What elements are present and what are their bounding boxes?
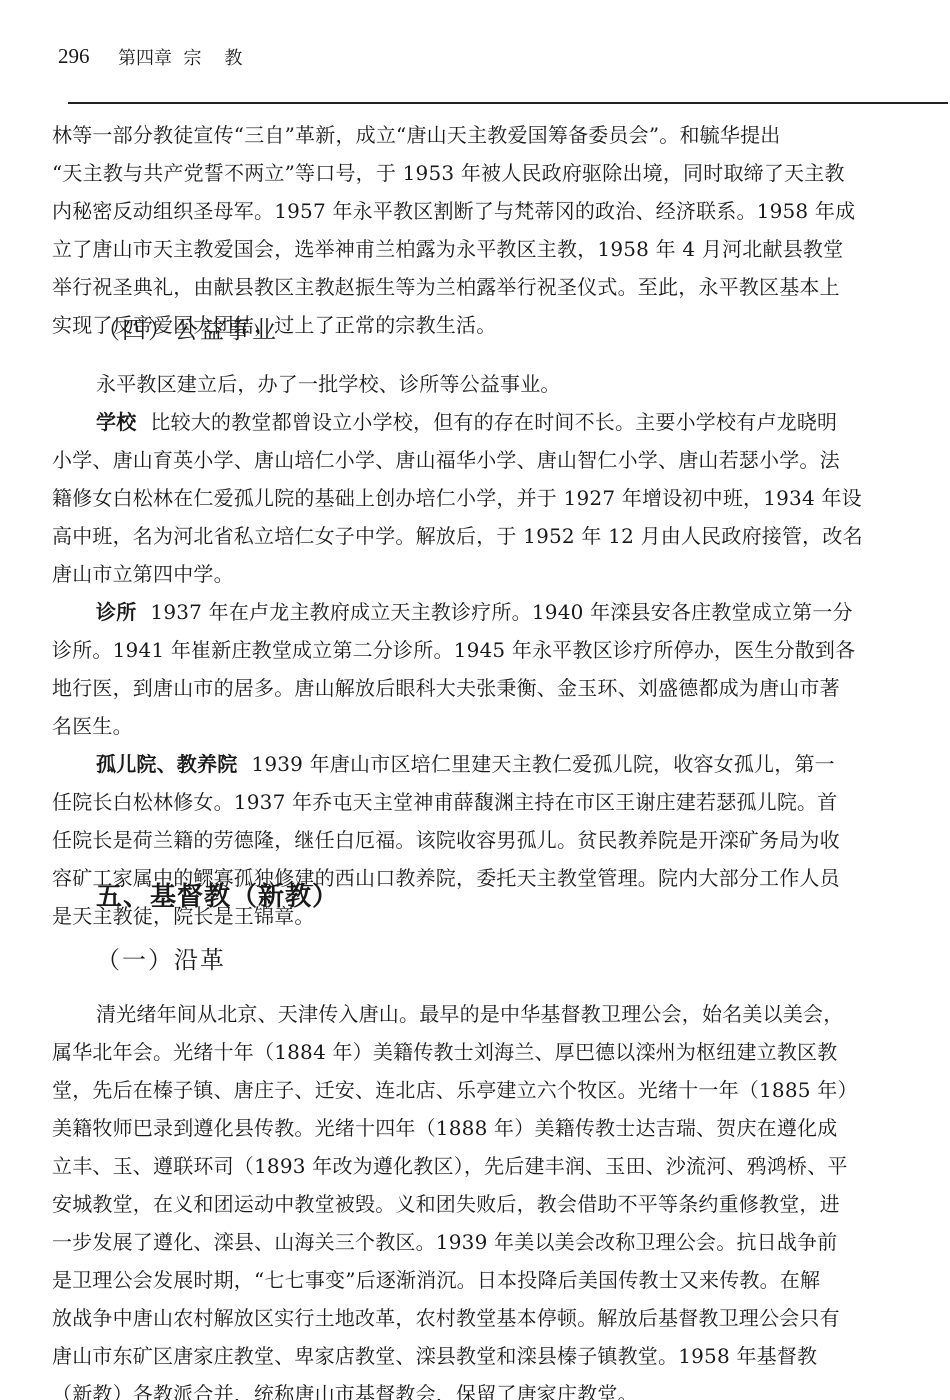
- text-run: 1939 年唐山市区培仁里建天主教仁爱孤儿院，收容女孤儿，第一: [251, 752, 834, 776]
- text-line: 籍修女白松林在仁爱孤儿院的基础上创办培仁小学，并于 1927 年增设初中班，19…: [52, 484, 862, 512]
- text-line: 是卫理公会发展时期，“七七事变”后逐渐消沉。日本投降后美国传教士又来传教。在解: [52, 1266, 820, 1294]
- text-line: 小学、唐山育英小学、唐山培仁小学、唐山福华小学、唐山智仁小学、唐山若瑟小学。法: [52, 446, 840, 474]
- text-line: 清光绪年间从北京、天津传入唐山。最早的是中华基督教卫理公会，始名美以美会，: [96, 1000, 843, 1028]
- page-number: 296: [58, 44, 90, 69]
- text-line: 诊所。1941 年崔新庄教堂成立第二分诊所。1945 年永平教区诊疗所停办，医生…: [52, 636, 855, 664]
- text-line: 属华北年会。光绪十年（1884 年）美籍传教士刘海兰、厚巴德以滦州为枢纽建立教区…: [52, 1038, 837, 1066]
- text-line: 唐山市东矿区唐家庄教堂、卑家店教堂、滦县教堂和滦县榛子镇教堂。1958 年基督教: [52, 1342, 817, 1370]
- text-run: 比较大的教堂都曾设立小学校，但有的存在时间不长。主要小学校有卢龙晓明: [150, 410, 837, 434]
- clinics-paragraph-first-line: 诊所1937 年在卢龙主教府成立天主教诊疗所。1940 年滦县安各庄教堂成立第一…: [96, 598, 853, 626]
- running-header: 296 第四章 宗 教: [40, 30, 910, 80]
- chapter-title: 第四章 宗 教: [118, 44, 242, 70]
- text-run: 1937 年在卢龙主教府成立天主教诊疗所。1940 年滦县安各庄教堂成立第一分: [150, 600, 852, 624]
- text-line: 地行医，到唐山市的居多。唐山解放后眼科大夫张秉衡、金玉环、刘盛德都成为唐山市著: [52, 674, 840, 702]
- text-line: 唐山市立第四中学。: [52, 560, 234, 588]
- text-line: 一步发展了遵化、滦县、山海关三个教区。1939 年美以美会改称卫理公会。抗日战争…: [52, 1228, 837, 1256]
- text-line: 名医生。: [52, 712, 133, 740]
- text-line: 放战争中唐山农村解放区实行土地改革，农村教堂基本停顿。解放后基督教卫理公会只有: [52, 1304, 840, 1332]
- text-line: 永平教区建立后，办了一批学校、诊所等公益事业。: [96, 370, 561, 398]
- text-line: “天主教与共产党誓不两立”等口号，于 1953 年被人民政府驱除出境，同时取缔了…: [52, 159, 845, 187]
- orphanages-lead: 孤儿院、教养院: [96, 752, 237, 776]
- text-line: 内秘密反动组织圣母军。1957 年永平教区割断了与梵蒂冈的政治、经济联系。195…: [52, 197, 855, 225]
- schools-paragraph-first-line: 学校比较大的教堂都曾设立小学校，但有的存在时间不长。主要小学校有卢龙晓明: [96, 408, 837, 436]
- subsection-heading-history: （一）沿革: [96, 940, 226, 975]
- text-line: （新教）各教派合并，统称唐山市基督教会，保留了唐家庄教堂。: [52, 1380, 638, 1400]
- text-line: 举行祝圣典礼，由献县教区主教赵振生等为兰柏露举行祝圣仪式。至此，永平教区基本上: [52, 273, 840, 301]
- text-line: 高中班，名为河北省私立培仁女子中学。解放后，于 1952 年 12 月由人民政府…: [52, 522, 863, 550]
- orphanages-paragraph-first-line: 孤儿院、教养院1939 年唐山市区培仁里建天主教仁爱孤儿院，收容女孤儿，第一: [96, 750, 835, 778]
- text-line: 任院长是荷兰籍的劳德隆，继任白厄福。该院收容男孤儿。贫民教养院是开滦矿务局为收: [52, 826, 840, 854]
- text-line: 任院长白松林修女。1937 年乔屯天主堂神甫薛馥渊主持在市区王谢庄建若瑟孤儿院。…: [52, 788, 837, 816]
- text-line: 立丰、玉、遵联环司（1893 年改为遵化教区），先后建丰润、玉田、沙流河、鸦鸿桥…: [52, 1152, 848, 1180]
- text-line: 美籍牧师巴录到遵化县传教。光绪十四年（1888 年）美籍传教士达吉瑞、贺庆在遵化…: [52, 1114, 837, 1142]
- text-line: 安城教堂，在义和团运动中教堂被毁。义和团失败后，教会借助不平等条约重修教堂，进: [52, 1190, 840, 1218]
- text-line: 堂，先后在榛子镇、唐庄子、迁安、连北店、乐亭建立六个牧区。光绪十一年（1885 …: [52, 1076, 858, 1104]
- section-heading-protestantism: 五、基督教（新教）: [96, 876, 339, 913]
- text-line: 立了唐山市天主教爱国会，选举神甫兰柏露为永平教区主教，1958 年 4 月河北献…: [52, 235, 843, 263]
- text-line: 林等一部分教徒宣传“三自”革新，成立“唐山天主教爱国筹备委员会”。和毓华提出: [52, 121, 781, 149]
- header-rule: [68, 102, 948, 104]
- schools-lead: 学校: [96, 410, 136, 434]
- clinics-lead: 诊所: [96, 600, 136, 624]
- subsection-heading-public-welfare: （四）公益事业: [96, 310, 278, 345]
